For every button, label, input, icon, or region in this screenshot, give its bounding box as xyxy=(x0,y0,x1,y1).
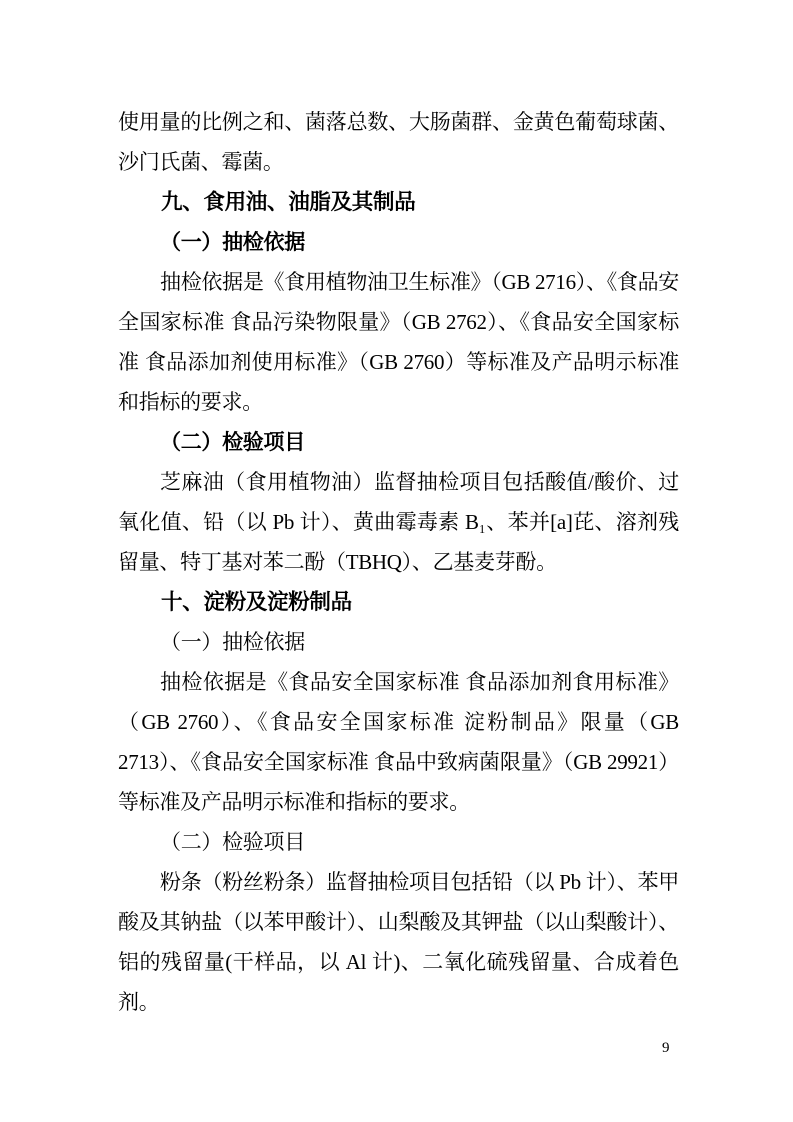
page-footer: 9 xyxy=(0,1036,793,1060)
document-page: 使用量的比例之和、菌落总数、大肠菌群、金黄色葡萄球菌、沙门氏菌、霉菌。 九、食用… xyxy=(0,0,793,1122)
section-9-items-paragraph: 芝麻油（食用植物油）监督抽检项目包括酸值/酸价、过氧化值、铅（以 Pb 计）、黄… xyxy=(118,462,679,582)
section-10-basis-paragraph: 抽检依据是《食品安全国家标准 食品添加剂食用标准》（GB 2760）、《食品安全… xyxy=(118,662,679,822)
section-9-basis-paragraph: 抽检依据是《食用植物油卫生标准》（GB 2716）、《食品安全国家标准 食品污染… xyxy=(118,262,679,422)
section-10-items-paragraph: 粉条（粉丝粉条）监督抽检项目包括铅（以 Pb 计）、苯甲酸及其钠盐（以苯甲酸计）… xyxy=(118,862,679,1022)
section-10-sub-1-heading: （一）抽检依据 xyxy=(118,622,679,662)
section-9-heading: 九、食用油、油脂及其制品 xyxy=(118,182,679,222)
page-number: 9 xyxy=(662,1036,670,1060)
paragraph-continuation: 使用量的比例之和、菌落总数、大肠菌群、金黄色葡萄球菌、沙门氏菌、霉菌。 xyxy=(118,102,679,182)
section-10-heading: 十、淀粉及淀粉制品 xyxy=(118,582,679,622)
section-9-sub-1-heading: （一）抽检依据 xyxy=(118,222,679,262)
document-body: 使用量的比例之和、菌落总数、大肠菌群、金黄色葡萄球菌、沙门氏菌、霉菌。 九、食用… xyxy=(118,102,679,1022)
section-9-sub-2-heading: （二）检验项目 xyxy=(118,422,679,462)
section-10-sub-2-heading: （二）检验项目 xyxy=(118,822,679,862)
